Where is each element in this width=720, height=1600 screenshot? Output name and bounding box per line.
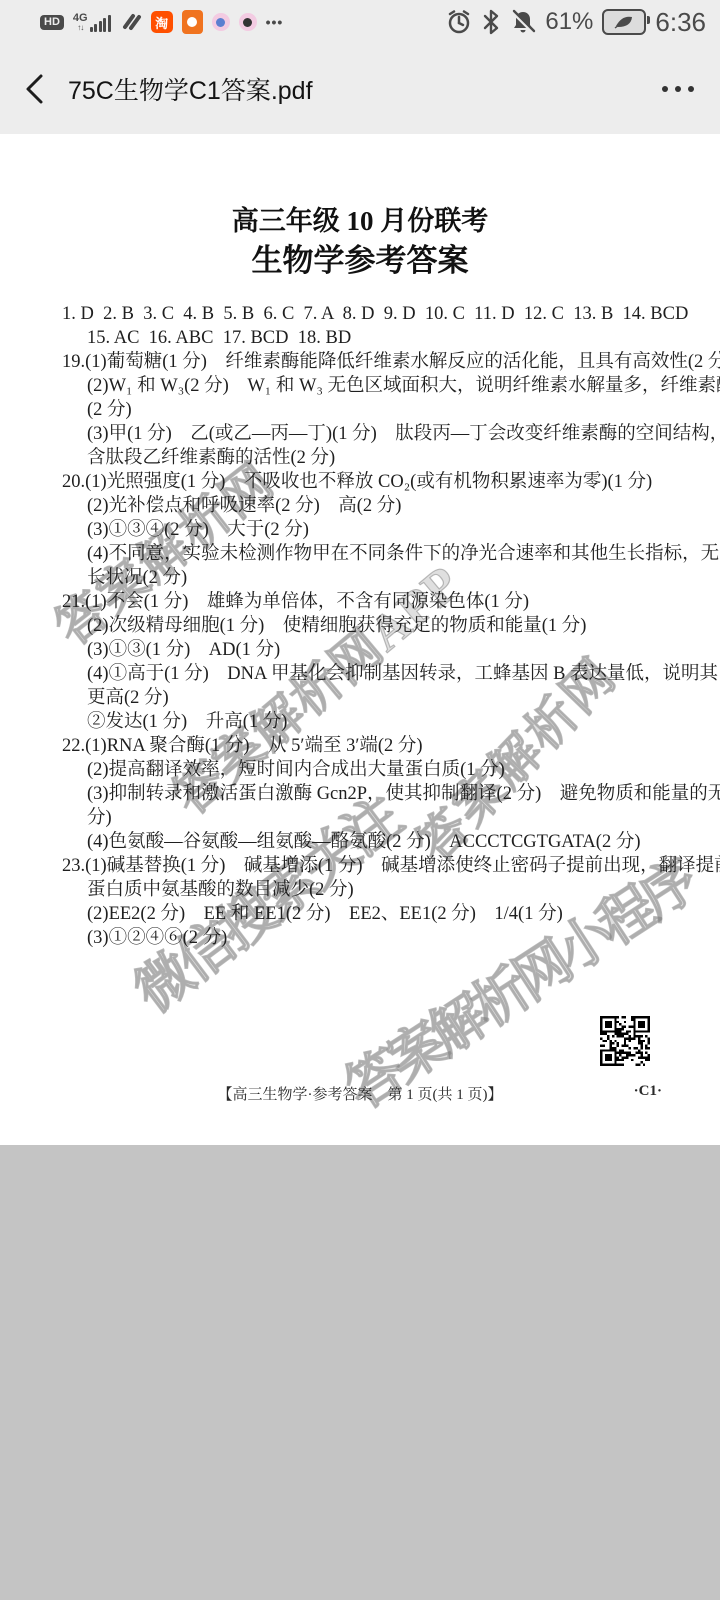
clock-time-label: 6:36 [655,7,706,38]
pink-app-icon-1 [212,13,230,31]
doc-line: 含肽段乙纤维素酶的活性(2 分) [0,446,720,470]
doc-line: (2)EE2(2 分) EE 和 EE1(2 分) EE2、EE1(2 分) 1… [0,902,720,926]
pink-app-icon-2 [239,13,257,31]
bluetooth-icon [481,9,501,35]
double-slash-app-icon [120,11,142,33]
doc-line: (2)光补偿点和呼吸速率(2 分) 高(2 分) [0,494,720,518]
doc-line: 蛋白质中氨基酸的数目减少(2 分) [0,878,720,902]
battery-percent-label: 61% [545,8,593,36]
doc-line: (2)提高翻译效率，短时间内合成出大量蛋白质(1 分) [0,758,720,782]
pdf-file-title: 75C生物学C1答案.pdf [68,71,658,107]
status-overflow-dots: ••• [266,14,284,30]
pdf-page: 高三年级 10 月份联考 生物学参考答案 1. D 2. B 3. C 4. B… [0,134,720,1145]
doc-line: (4)色氨酸—谷氨酸—组氨酸—酪氨酸(2 分) ACCCTCGTGATA(2 分… [0,830,720,854]
doc-line: (2 分) [0,398,720,422]
network-arrows-icon: ↑↓ [77,24,83,32]
taobao-app-icon: 淘 [151,11,173,33]
doc-line: (3)抑制转录和激活蛋白激酶 Gcn2P，使其抑制翻译(2 分) 避免物质和能量… [0,782,720,806]
doc-line: (4)①高于(1 分) DNA 甲基化会抑制基因转录，工蜂基因 B 表达量低，说… [0,662,720,686]
doc-lines: 1. D 2. B 3. C 4. B 5. B 6. C 7. A 8. D … [0,302,720,950]
app-header: HD 4G ↑↓ 淘 ••• [0,0,720,134]
doc-line: 19.(1)葡萄糖(1 分) 纤维素酶能降低纤维素水解反应的活化能，且具有高效性… [0,350,720,374]
status-left-cluster: HD 4G ↑↓ 淘 ••• [40,10,283,34]
doc-line: 1. D 2. B 3. C 4. B 5. B 6. C 7. A 8. D … [0,302,720,326]
doc-line: (2)次级精母细胞(1 分) 使精细胞获得充足的物质和能量(1 分) [0,614,720,638]
doc-line: (3)①③④(2 分) 大于(2 分) [0,518,720,542]
doc-line: (3)甲(1 分) 乙(或乙—丙—丁)(1 分) 肽段丙—丁会改变纤维素酶的空间… [0,422,720,446]
doc-line: ②发达(1 分) 升高(1 分) [0,710,720,734]
signal-bars-icon [90,14,111,32]
doc-line: (4)不同意，实验未检测作物甲在不同条件下的净光合速率和其他生长指标，无法确定其… [0,542,720,566]
red-packet-app-icon [182,10,203,34]
mute-bell-icon [510,9,536,35]
status-right-cluster: 61% 6:36 [446,7,706,38]
hd-badge: HD [40,15,64,30]
alarm-icon [446,9,472,35]
doc-line: 23.(1)碱基替换(1 分) 碱基增添(1 分) 碱基增添使终止密码子提前出现… [0,854,720,878]
doc-line: 分) [0,806,720,830]
exam-title: 高三年级 10 月份联考 [0,134,720,238]
network-type-label: 4G [73,13,88,24]
pdf-viewport[interactable]: 高三年级 10 月份联考 生物学参考答案 1. D 2. B 3. C 4. B… [0,134,720,1145]
doc-line: 15. AC 16. ABC 17. BCD 18. BD [0,326,720,350]
doc-line: (2)W₁ 和 W₃(2 分) W₁ 和 W₃ 无色区域面积大，说明纤维素水解量… [0,374,720,398]
doc-line: 22.(1)RNA 聚合酶(1 分) 从 5′端至 3′端(2 分) [0,734,720,758]
more-menu-button[interactable] [658,78,698,100]
status-bar: HD 4G ↑↓ 淘 ••• [0,0,720,44]
doc-line: 21.(1)不会(1 分) 雄蜂为单倍体，不含有同源染色体(1 分) [0,590,720,614]
back-button[interactable] [22,69,56,109]
qr-code [600,1016,650,1066]
phone-screen: HD 4G ↑↓ 淘 ••• [0,0,720,1600]
doc-line: 长状况(2 分) [0,566,720,590]
mobile-signal-4g-icon: 4G ↑↓ [73,13,111,32]
doc-line: 更高(2 分) [0,686,720,710]
doc-line: 20.(1)光照强度(1 分) 不吸收也不释放 CO₂(或有机物积累速率为零)(… [0,470,720,494]
page-footer: 【高三生物学·参考答案 第 1 页(共 1 页)】 ·C1· [0,1083,720,1104]
doc-line: (3)①②④⑥(2 分) [0,926,720,950]
battery-saver-icon [602,9,646,35]
exam-subtitle: 生物学参考答案 [0,242,720,280]
footer-code: ·C1· [634,1083,662,1100]
title-bar: 75C生物学C1答案.pdf [0,44,720,134]
footer-caption: 【高三生物学·参考答案 第 1 页(共 1 页)】 [0,1083,720,1104]
doc-line: (3)①③(1 分) AD(1 分) [0,638,720,662]
